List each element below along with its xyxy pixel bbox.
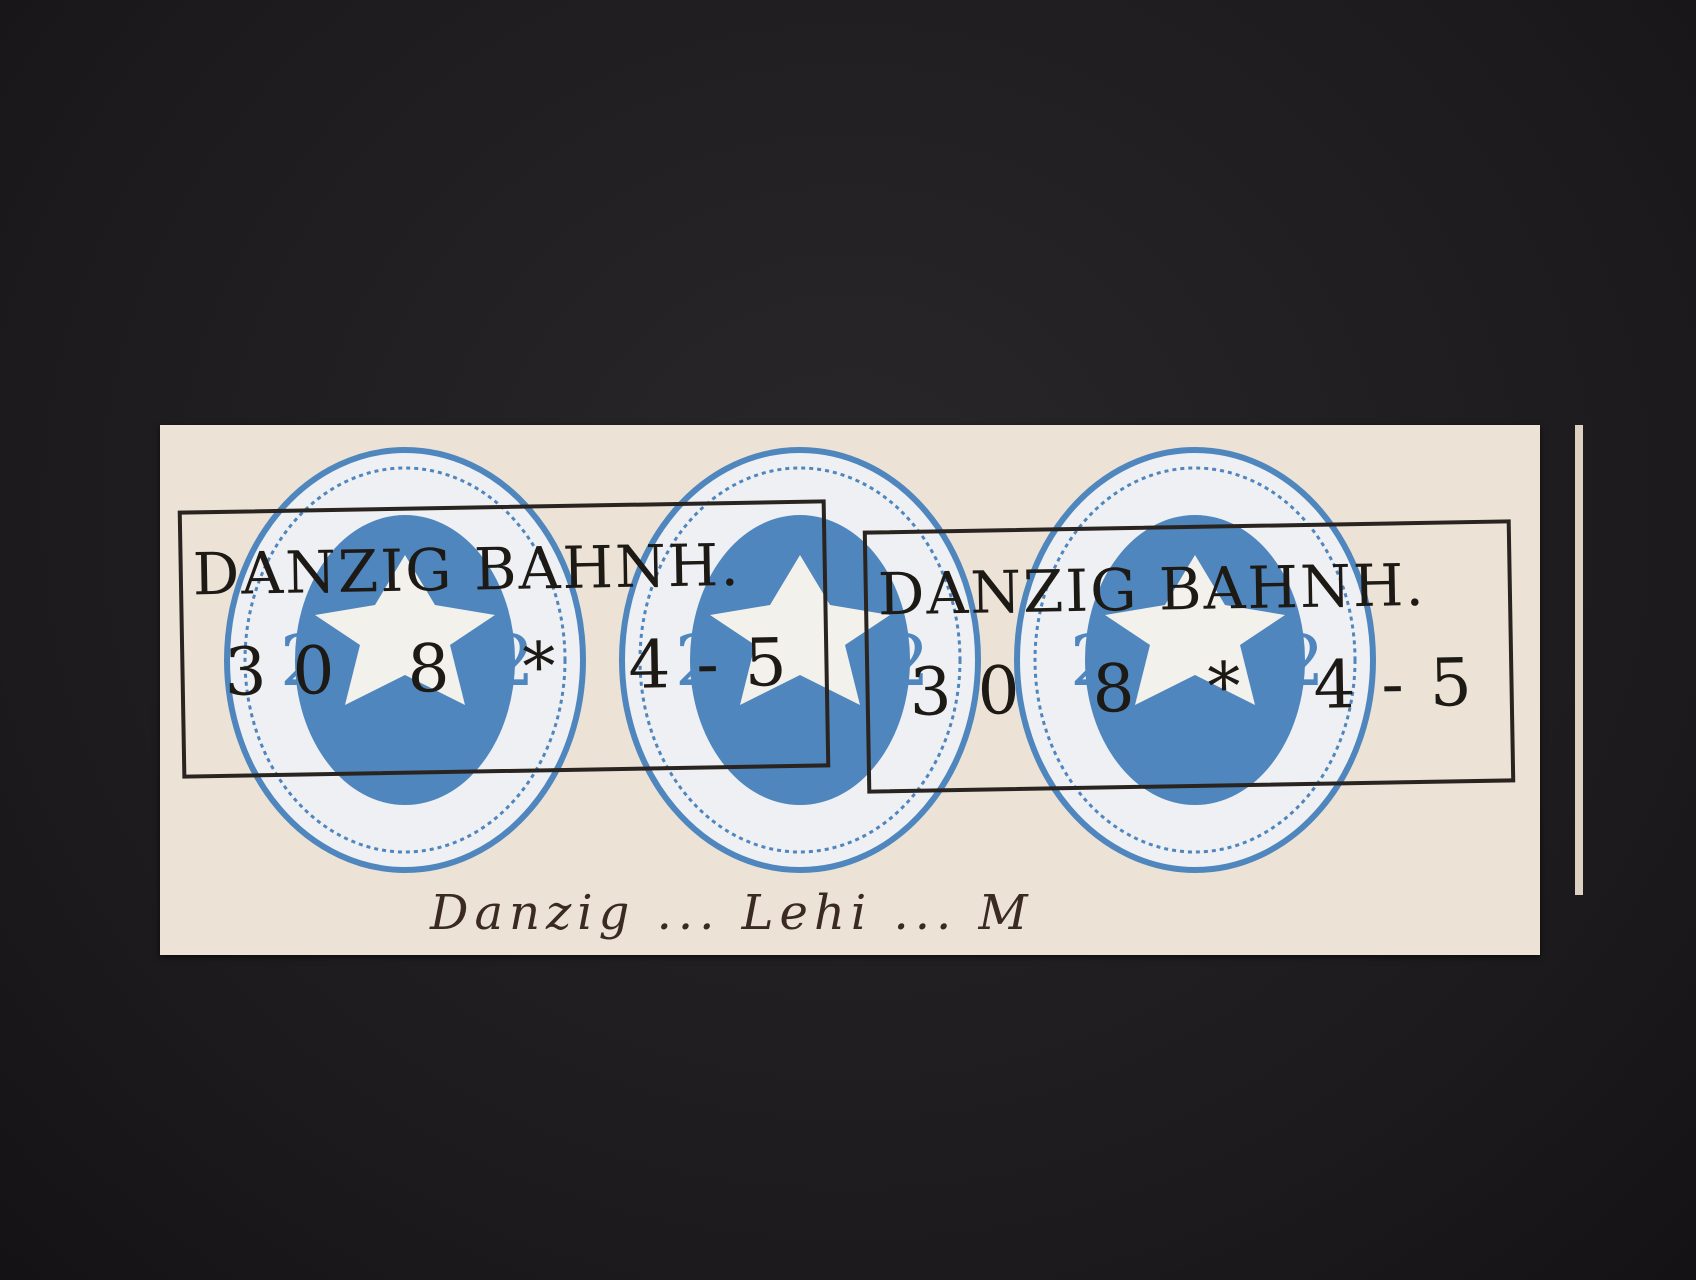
postmark-2: DANZIG BAHNH. 30 8 * 4-5 <box>863 519 1515 793</box>
paper-fold <box>1575 425 1583 895</box>
paper-fragment: 2 2 2 2 2 2 DANZIG BAHNH. 30 8 * 4-5 DAN… <box>160 425 1540 955</box>
postmark-1: DANZIG BAHNH. 30 8 * 4-5 <box>178 499 831 778</box>
manuscript-writing: Danzig ... Lehi ... M <box>430 885 1034 941</box>
